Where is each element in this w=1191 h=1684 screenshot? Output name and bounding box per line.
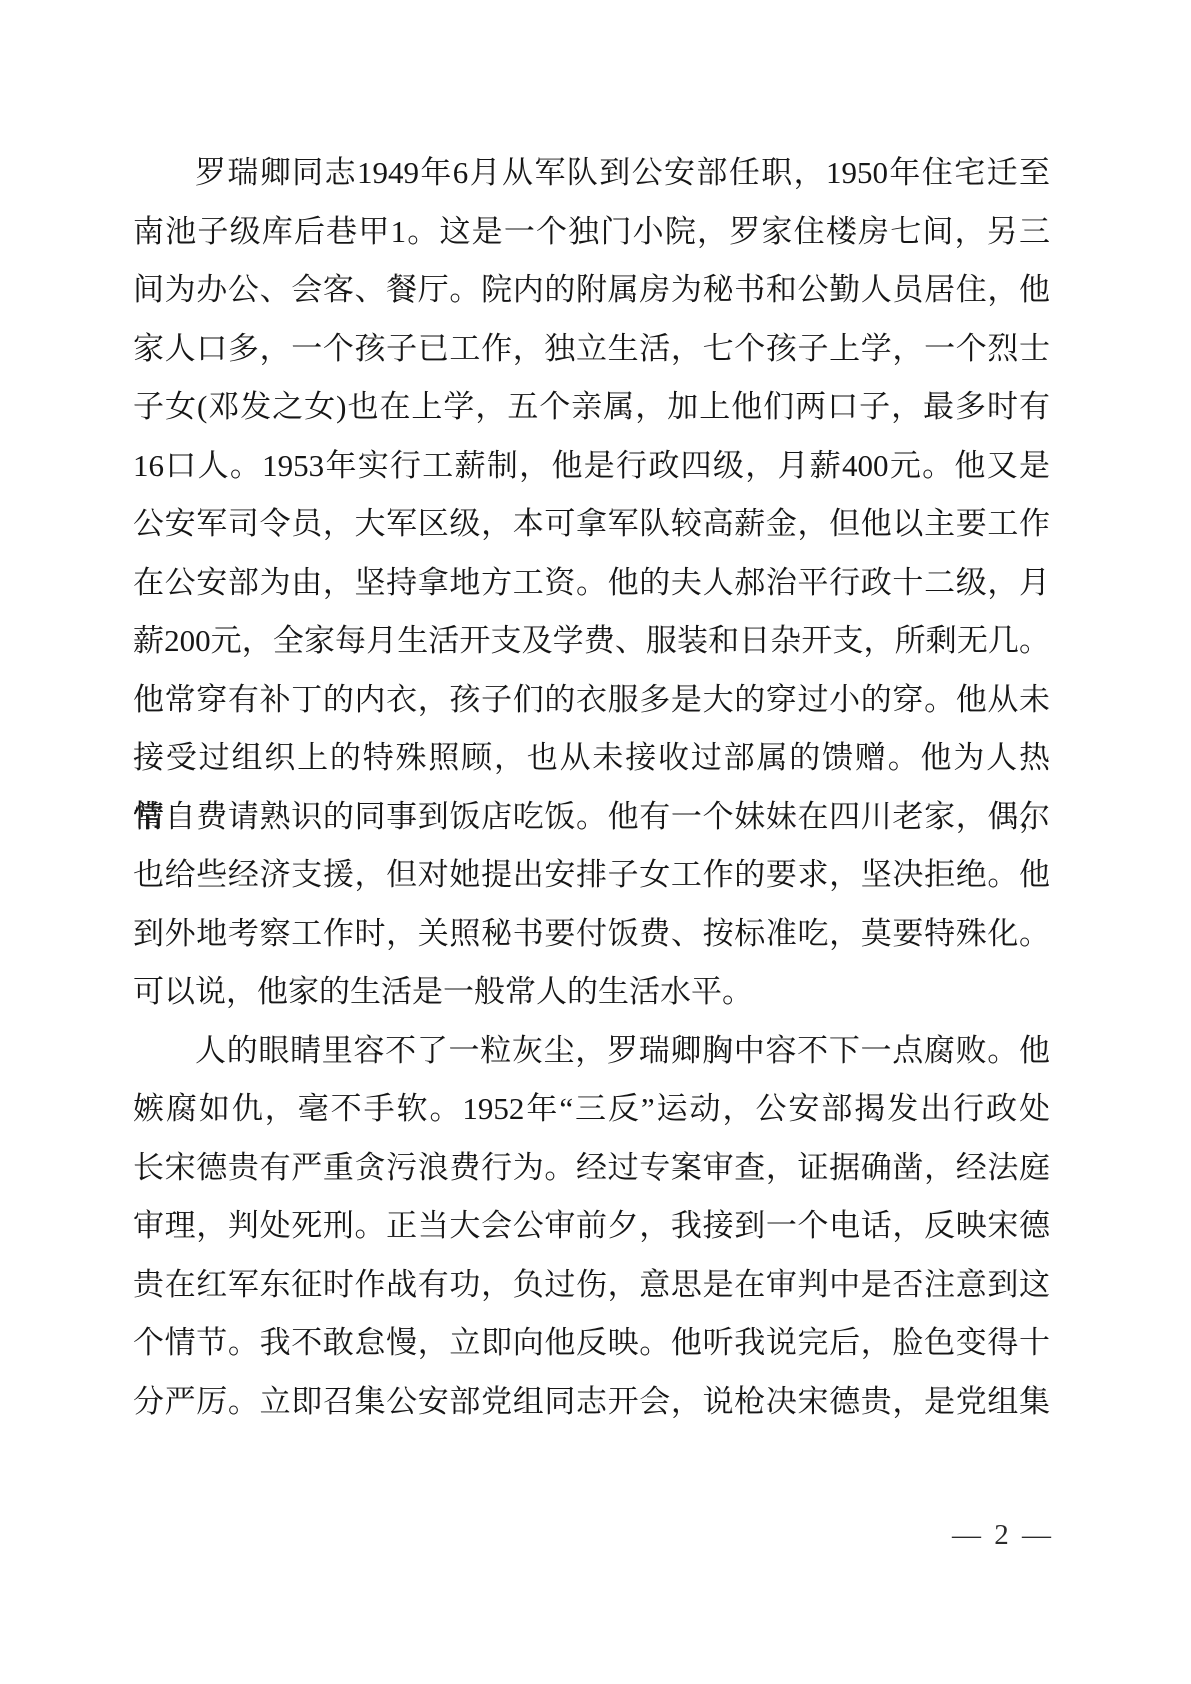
text-line: 人的眼睛里容不了一粒灰尘，罗瑞卿胸中容不下一点腐败。他 — [133, 1022, 1050, 1081]
paragraph-2: 人的眼睛里容不了一粒灰尘，罗瑞卿胸中容不下一点腐败。他 嫉腐如仇，毫不手软。19… — [133, 1022, 1050, 1432]
text-line: 薪200元，全家每月生活开支及学费、服装和日杂开支，所剩无几。 — [133, 612, 1050, 671]
text-line: 公安军司令员，大军区级，本可拿军队较高薪金，但他以主要工作 — [133, 495, 1050, 554]
text-line: 子女(邓发之女)也在上学，五个亲属，加上他们两口子，最多时有 — [133, 378, 1050, 437]
text-line: 贵在红军东征时作战有功，负过伤，意思是在审判中是否注意到这 — [133, 1256, 1050, 1315]
text-line: 家人口多，一个孩子已工作，独立生活，七个孩子上学，一个烈士 — [133, 320, 1050, 379]
text-line: 到外地考察工作时，关照秘书要付饭费、按标准吃，莫要特殊化。 — [133, 905, 1050, 964]
text-line: 长宋德贵有严重贪污浪费行为。经过专案审查，证据确凿，经法庭 — [133, 1139, 1050, 1198]
document-body: 罗瑞卿同志1949年6月从军队到公安部任职，1950年住宅迁至 南池子级库后巷甲… — [133, 144, 1050, 1431]
text-line: 他常穿有补丁的内衣，孩子们的衣服多是大的穿过小的穿。他从未 — [133, 671, 1050, 730]
text-line: 分严厉。立即召集公安部党组同志开会，说枪决宋德贵，是党组集 — [133, 1373, 1050, 1432]
text-line: 16口人。1953年实行工薪制，他是行政四级，月薪400元。他又是 — [133, 437, 1050, 496]
text-line: 接受过组织上的特殊照顾，也从未接收过部属的馈赠。他为人热情， — [133, 729, 1050, 788]
document-page: 罗瑞卿同志1949年6月从军队到公安部任职，1950年住宅迁至 南池子级库后巷甲… — [0, 0, 1191, 1684]
page-number: — 2 — — [952, 1515, 1092, 1555]
text-line: 南池子级库后巷甲1。这是一个独门小院，罗家住楼房七间，另三 — [133, 203, 1050, 262]
text-line: 常自费请熟识的同事到饭店吃饭。他有一个妹妹在四川老家，偶尔 — [133, 788, 1050, 847]
text-line: 审理，判处死刑。正当大会公审前夕，我接到一个电话，反映宋德 — [133, 1197, 1050, 1256]
text-line: 间为办公、会客、餐厅。院内的附属房为秘书和公勤人员居住，他 — [133, 261, 1050, 320]
paragraph-1: 罗瑞卿同志1949年6月从军队到公安部任职，1950年住宅迁至 南池子级库后巷甲… — [133, 144, 1050, 1022]
text-line: 个情节。我不敢怠慢，立即向他反映。他听我说完后，脸色变得十 — [133, 1314, 1050, 1373]
text-line: 也给些经济支援，但对她提出安排子女工作的要求，坚决拒绝。他 — [133, 846, 1050, 905]
text-line: 可以说，他家的生活是一般常人的生活水平。 — [133, 963, 1050, 1022]
text-line: 在公安部为由，坚持拿地方工资。他的夫人郝治平行政十二级，月 — [133, 554, 1050, 613]
text-line: 嫉腐如仇，毫不手软。1952年“三反”运动，公安部揭发出行政处 — [133, 1080, 1050, 1139]
text-line: 罗瑞卿同志1949年6月从军队到公安部任职，1950年住宅迁至 — [133, 144, 1050, 203]
